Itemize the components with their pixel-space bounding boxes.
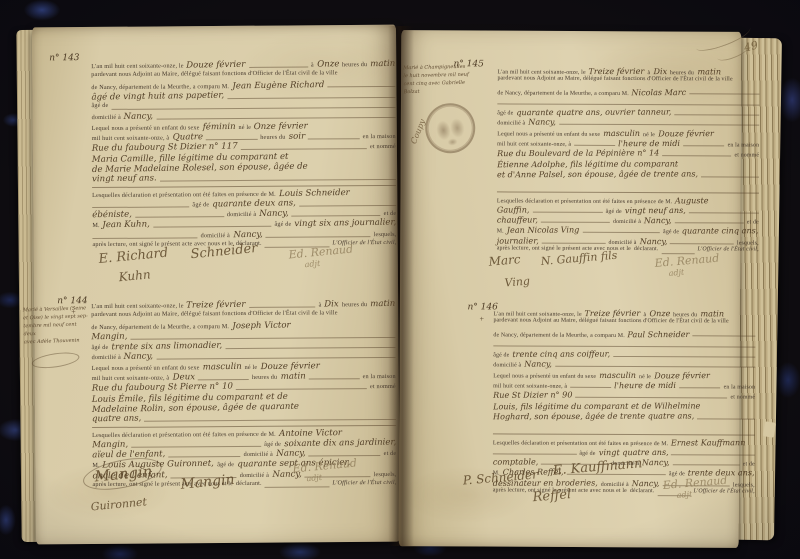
handwritten-text: Onze février bbox=[254, 121, 308, 132]
handwritten-text: Étienne Adolphe, fils légitime du compar… bbox=[497, 158, 678, 169]
handwritten-text: Charles Reffel, bbox=[503, 467, 564, 477]
printed-text: et de bbox=[384, 450, 397, 457]
printed-text: mil huit cent soixante-onze, à bbox=[92, 375, 170, 383]
handwritten-text: matin bbox=[280, 372, 305, 382]
handwritten-text: Nancy, bbox=[524, 359, 552, 369]
act-body: L'an mil huit cent soixante-onze, leTrei… bbox=[493, 307, 756, 498]
handwritten-text: matin bbox=[697, 66, 721, 76]
printed-text: domicilié à bbox=[611, 461, 639, 467]
handwritten-text: Nancy, bbox=[124, 352, 154, 362]
handwritten-text: Mangin, bbox=[91, 332, 127, 343]
signature: Guironnet bbox=[90, 495, 147, 513]
ruled-blank bbox=[493, 452, 577, 454]
handwritten-text: masculin bbox=[599, 370, 636, 380]
ruled-blank bbox=[144, 418, 396, 422]
printed-text: déclarant. bbox=[236, 480, 262, 487]
form-line: M.Charles Reffel,âgé detrente deux ans, bbox=[493, 467, 755, 478]
handwritten-text: masculin bbox=[202, 362, 241, 373]
printed-text: à bbox=[311, 62, 314, 69]
act-number: n° 143 bbox=[49, 53, 79, 63]
ruled-blank bbox=[227, 96, 395, 99]
handwritten-text: masculin bbox=[603, 128, 640, 138]
printed-text: pardevant nous Adjoint au Maire, délégué… bbox=[497, 76, 732, 83]
ruled-blank bbox=[249, 65, 308, 67]
ruled-blank bbox=[541, 221, 610, 223]
ruled-blank bbox=[693, 335, 756, 337]
handwritten-text: Douze février bbox=[658, 128, 714, 138]
handwritten-text: l'heure de midi bbox=[614, 380, 676, 390]
handwritten-text: oncle de l'enfant, bbox=[92, 470, 167, 481]
printed-text: âgé de bbox=[274, 221, 291, 228]
ruled-blank bbox=[555, 365, 755, 368]
printed-text: Lequel nous a présenté un enfant du sexe bbox=[92, 124, 200, 132]
handwritten-text: Douze février bbox=[260, 361, 319, 372]
act-body: L'an mil huit cent soixante-onze, leTrei… bbox=[497, 65, 760, 256]
printed-text: et nommé bbox=[731, 395, 756, 401]
printed-text: après lecture, ont signé le présent acte… bbox=[493, 487, 627, 494]
ruled-blank bbox=[570, 386, 611, 388]
handwritten-text: âgé de vingt huit ans papetier, bbox=[91, 90, 224, 102]
ruled-blank bbox=[662, 154, 731, 156]
handwritten-text: Joseph Victor bbox=[232, 320, 290, 331]
handwritten-text: Gauffin, bbox=[497, 204, 530, 214]
printed-text: en la maison bbox=[728, 143, 760, 149]
ruled-blank bbox=[156, 116, 395, 120]
ruled-blank bbox=[292, 214, 381, 217]
printed-text: domicilié à bbox=[608, 240, 636, 246]
printed-text: Lesquelles déclaration et présentation o… bbox=[92, 190, 276, 198]
form-line bbox=[497, 179, 759, 190]
cross-mark: + bbox=[479, 314, 484, 323]
handwritten-text: Hoghard, son épouse, âgée de trente quat… bbox=[493, 410, 694, 421]
handwritten-text: dessinateur en broderies, bbox=[493, 477, 598, 487]
ruled-blank bbox=[559, 123, 759, 126]
form-line: après lecture, ont signé le présent acte… bbox=[493, 487, 755, 498]
ruled-blank bbox=[153, 225, 271, 228]
printed-text: âgé de bbox=[91, 344, 108, 351]
handwritten-text: Douze février bbox=[187, 60, 246, 71]
ruled-blank bbox=[541, 463, 608, 465]
form-line: quatre ans, bbox=[92, 412, 396, 424]
handwritten-text: Mangin, bbox=[92, 440, 128, 451]
printed-text: mil huit cent soixante-onze, à bbox=[92, 135, 170, 143]
handwritten-text: Treize février bbox=[585, 308, 641, 318]
printed-text: M. bbox=[92, 462, 99, 469]
ruled-blank bbox=[532, 210, 602, 212]
ruled-blank bbox=[236, 387, 367, 390]
form-line: Lequel nous a présenté un enfant du sexe… bbox=[493, 369, 755, 380]
ruled-blank bbox=[661, 252, 694, 254]
printed-text: domicilié à bbox=[493, 363, 521, 369]
handwritten-text: quarante cinq ans, bbox=[682, 226, 759, 236]
printed-text: âgé de bbox=[663, 230, 679, 236]
printed-text: domicilié à bbox=[201, 232, 230, 239]
printed-text: et nommé bbox=[370, 143, 396, 150]
form-line: de Nancy, département de la Meurthe, a c… bbox=[493, 328, 755, 339]
handwritten-text: Nancy, bbox=[639, 236, 667, 246]
printed-text: domicilié à bbox=[497, 121, 525, 127]
act-body: L'an mil huit cent soixante-onze, leDouz… bbox=[91, 59, 396, 251]
printed-text: en la maison bbox=[363, 373, 396, 380]
ruled-blank bbox=[111, 106, 395, 110]
ruled-blank bbox=[542, 241, 606, 243]
handwritten-text: matin bbox=[370, 299, 395, 309]
handwritten-text: vingt neuf ans. bbox=[92, 174, 157, 185]
printed-text: heures du bbox=[252, 374, 277, 381]
handwritten-text: Antoine Victor bbox=[279, 428, 342, 439]
act-body: L'an mil huit cent soixante-onze, leTrei… bbox=[91, 299, 396, 491]
printed-text: L'Officier de l'État civil, bbox=[332, 479, 396, 486]
form-line: domicilié àNancy, bbox=[493, 359, 755, 370]
printed-text: lesquels, bbox=[733, 482, 755, 488]
printed-text: de Nancy, département de la Meurthe, a c… bbox=[91, 323, 229, 331]
printed-text: et nommé bbox=[735, 153, 760, 159]
handwritten-text: Dix bbox=[324, 299, 339, 309]
printed-text: né le bbox=[245, 364, 258, 371]
birth-act-143: n° 143 L'an mil huit cent soixante-onze,… bbox=[91, 59, 397, 293]
ruled-blank bbox=[679, 386, 720, 388]
printed-text: domicilié à bbox=[227, 211, 256, 218]
ruled-blank bbox=[675, 113, 760, 115]
handwritten-text: Louis, fils légitime du comparant et de … bbox=[493, 400, 700, 411]
ruled-blank bbox=[304, 475, 370, 477]
handwritten-text: trente six ans limonadier, bbox=[111, 341, 222, 353]
ruled-blank bbox=[657, 494, 690, 496]
ruled-blank bbox=[160, 178, 396, 182]
ruled-blank bbox=[206, 138, 258, 140]
form-line: de Nancy, département de la Meurthe, a c… bbox=[497, 86, 759, 97]
handwritten-text: Nancy, bbox=[124, 112, 154, 122]
printed-text: pardevant nous Adjoint au Maire, délégué… bbox=[91, 310, 337, 319]
handwritten-text: Nancy, bbox=[528, 117, 556, 127]
paper-chip bbox=[763, 421, 776, 438]
printed-text: né le bbox=[643, 132, 655, 138]
handwritten-text: vingt quatre ans, bbox=[598, 447, 668, 457]
printed-text: domicilié à bbox=[92, 354, 121, 361]
handwritten-text: trente deux ans, bbox=[688, 468, 755, 478]
form-line: et d'Anne Palsel, son épouse, âgée de tr… bbox=[497, 168, 759, 179]
handwritten-text: ébéniste, bbox=[92, 210, 132, 221]
printed-text: âgé de bbox=[497, 111, 513, 117]
signature: Kuhn bbox=[118, 267, 151, 284]
handwritten-text: soixante dix ans jardinier, bbox=[284, 437, 396, 449]
printed-text: âgé de bbox=[669, 472, 685, 478]
printed-text: pardevant nous Adjoint au Maire, délégué… bbox=[493, 318, 728, 325]
ruled-blank bbox=[493, 344, 755, 347]
printed-text: âgé de bbox=[192, 201, 209, 208]
handwritten-text: Nancy, bbox=[642, 457, 670, 467]
printed-text: déclarant. bbox=[236, 240, 262, 247]
printed-text: L'Officier de l'État civil, bbox=[697, 246, 758, 252]
printed-text: à bbox=[319, 301, 322, 308]
ruled-blank bbox=[574, 144, 615, 146]
printed-text: lesquels, bbox=[374, 231, 397, 238]
signature: Ving bbox=[504, 274, 530, 289]
handwritten-text: féminin bbox=[202, 122, 235, 133]
form-line: vingt neuf ans. bbox=[92, 172, 396, 184]
handwritten-text: chauffeur, bbox=[497, 215, 538, 225]
handwritten-text: Auguste bbox=[675, 195, 709, 205]
act-number: n° 146 bbox=[467, 302, 497, 312]
printed-text: en la maison bbox=[363, 133, 396, 140]
printed-text: âgé de bbox=[493, 353, 509, 359]
handwritten-text: Paul Schneider bbox=[628, 329, 690, 339]
ruled-blank bbox=[673, 463, 740, 465]
printed-text: de Nancy, département de la Meurthe, a c… bbox=[493, 332, 624, 339]
form-line: Rue St Dizier n° 90et nommé bbox=[493, 390, 755, 401]
ruled-blank bbox=[156, 356, 395, 360]
printed-text: lesquels, bbox=[374, 471, 397, 478]
form-line: après lecture, ont signé le présent acte… bbox=[497, 245, 759, 256]
handwritten-text: Dix bbox=[653, 66, 667, 76]
ruled-blank bbox=[168, 455, 240, 458]
form-line: Lesquelles déclaration et présentation o… bbox=[497, 191, 759, 205]
form-line: Hoghard, son épouse, âgée de trente quat… bbox=[493, 410, 755, 421]
ruled-blank bbox=[575, 396, 727, 399]
form-line bbox=[493, 421, 755, 432]
printed-text: L'Officier de l'État civil, bbox=[332, 239, 396, 246]
handwritten-text: Jean Eugène Richard bbox=[232, 80, 324, 91]
ruled-blank bbox=[265, 485, 330, 487]
printed-text: en la maison bbox=[724, 385, 756, 391]
ruled-blank bbox=[497, 102, 759, 105]
handwritten-text: Nancy, bbox=[632, 478, 660, 488]
form-line: domicilié àNancy, bbox=[497, 117, 759, 128]
ruled-blank bbox=[567, 473, 666, 475]
handwritten-text: soir bbox=[288, 132, 305, 142]
printed-text: né le bbox=[639, 374, 651, 380]
printed-text: lesquels, bbox=[737, 240, 759, 246]
printed-text: âgé de bbox=[91, 102, 108, 109]
printed-text: heures du bbox=[342, 301, 367, 308]
handwritten-text: matin bbox=[700, 308, 724, 318]
officer-signature: adjt bbox=[304, 259, 320, 269]
handwritten-text: Douze février bbox=[654, 370, 710, 380]
handwritten-text: matin bbox=[370, 59, 395, 69]
ruled-blank bbox=[135, 215, 224, 218]
printed-text: âgé de bbox=[579, 451, 595, 457]
handwritten-text: Nancy, bbox=[644, 215, 672, 225]
ruled-blank bbox=[689, 211, 759, 213]
printed-text: après lecture, ont signé le présent acte… bbox=[92, 480, 233, 488]
printed-text: âgé de bbox=[264, 441, 281, 448]
handwritten-text: Jean Kuhn, bbox=[103, 220, 151, 231]
handwritten-text: Ernest Kauffmann bbox=[671, 437, 746, 447]
printed-text: L'an mil huit cent soixante-onze, le bbox=[91, 302, 183, 310]
handwritten-text: Rue du Boulevard de la Pépinière n° 14 bbox=[497, 148, 659, 159]
printed-text: déclarant. bbox=[630, 488, 655, 494]
ruled-blank bbox=[683, 144, 724, 146]
printed-text: de Nancy, département de la Meurthe, a c… bbox=[497, 90, 628, 97]
handwritten-text: Nancy, bbox=[276, 449, 306, 459]
handwritten-text: Treize février bbox=[589, 66, 645, 76]
ruled-blank bbox=[241, 147, 367, 150]
printed-text: heures du bbox=[342, 61, 367, 68]
printed-text: M. bbox=[92, 222, 99, 229]
ruled-blank bbox=[675, 221, 744, 223]
ruled-blank bbox=[663, 484, 730, 486]
ruled-blank bbox=[690, 93, 760, 95]
ruled-blank bbox=[130, 336, 395, 340]
ruled-blank bbox=[670, 242, 734, 244]
printed-text: domicilié à bbox=[244, 451, 273, 458]
ruled-blank bbox=[308, 377, 359, 379]
handwritten-text: journalier, bbox=[497, 235, 539, 245]
handwritten-text: Nancy, bbox=[272, 469, 302, 479]
ruled-blank bbox=[249, 305, 316, 307]
form-line: journalier,domicilié àNancy,lesquels, bbox=[497, 235, 759, 246]
margin-note: Marié à Champigneullesle huit novembre m… bbox=[403, 62, 494, 96]
ruled-blank bbox=[308, 454, 380, 457]
ruled-blank bbox=[671, 453, 755, 455]
birth-act-144: n° 144 + Marié à Versailles (Seineet Ois… bbox=[91, 299, 397, 533]
printed-text: Lesquelles déclaration et présentation o… bbox=[493, 440, 668, 447]
ruled-blank bbox=[171, 476, 237, 478]
printed-text: Lequel nous a présenté un enfant du sexe bbox=[497, 131, 600, 137]
printed-text: déclarant. bbox=[634, 246, 659, 252]
printed-text: Lequel nous a présenté un enfant du sexe bbox=[92, 364, 200, 372]
handwritten-text: Louis Schneider bbox=[279, 188, 350, 199]
printed-text: après lecture, ont signé le présent acte… bbox=[497, 245, 631, 252]
printed-text: Lesquelles déclaration et présentation o… bbox=[92, 430, 276, 438]
ruled-blank bbox=[308, 137, 360, 139]
ruled-blank bbox=[697, 417, 755, 419]
printed-text: domicilié à bbox=[240, 472, 269, 479]
printed-text: né le bbox=[239, 124, 252, 131]
handwritten-text: Rue St Dizier n° 90 bbox=[493, 390, 572, 400]
form-line: après lecture, ont signé le présent acte… bbox=[92, 239, 396, 251]
printed-text: âgé de bbox=[217, 462, 234, 469]
ruled-blank bbox=[327, 85, 395, 87]
printed-text: de Nancy, département de la Meurthe, a c… bbox=[91, 83, 229, 91]
printed-text: Lequel nous a présenté un enfant du sexe bbox=[493, 373, 596, 379]
handwritten-text: Onze bbox=[649, 308, 670, 318]
printed-text: domicilié à bbox=[601, 482, 629, 488]
printed-text: domicilié à bbox=[613, 219, 641, 225]
ruled-blank bbox=[613, 355, 755, 358]
handwritten-text: Onze bbox=[317, 59, 339, 69]
officer-signature: adjt bbox=[668, 268, 684, 278]
ruled-blank bbox=[92, 236, 197, 239]
handwritten-text: Jean Nicolas Ving bbox=[507, 225, 580, 235]
printed-text: domicilié à bbox=[92, 114, 121, 121]
printed-text: pardevant nous Adjoint au Maire, délégué… bbox=[91, 70, 337, 79]
ruled-blank bbox=[701, 175, 759, 177]
form-line: Lesquelles déclaration et présentation o… bbox=[493, 433, 755, 447]
ruled-blank bbox=[198, 378, 249, 380]
form-line: après lecture, ont signé le présent acte… bbox=[92, 479, 396, 491]
ruled-blank bbox=[131, 445, 261, 448]
form-line: dessinateur en broderies,domicilié àNanc… bbox=[493, 477, 755, 488]
printed-text: L'an mil huit cent soixante-onze, le bbox=[91, 62, 183, 70]
printed-text: et nommé bbox=[370, 383, 396, 390]
printed-text: après lecture, ont signé le présent acte… bbox=[92, 240, 233, 248]
ruled-blank bbox=[582, 231, 660, 233]
ruled-blank bbox=[299, 204, 396, 207]
handwritten-text: Nicolas Marc bbox=[632, 87, 687, 97]
handwritten-text: vingt neuf ans, bbox=[625, 205, 686, 215]
printed-text: et de bbox=[384, 210, 397, 217]
form-line: Rue du Boulevard de la Pépinière n° 14et… bbox=[497, 148, 759, 159]
handwritten-text: comptable, bbox=[493, 457, 539, 467]
printed-text: âgé de bbox=[606, 209, 622, 215]
ruled-blank bbox=[265, 235, 370, 238]
handwritten-text: trente cinq ans coiffeur, bbox=[512, 349, 610, 359]
printed-text: M. bbox=[497, 229, 504, 235]
ruled-blank bbox=[225, 346, 395, 349]
handwritten-text: Treize février bbox=[187, 300, 246, 311]
ruled-blank bbox=[92, 205, 189, 208]
ruled-blank bbox=[265, 245, 330, 247]
printed-text: heures du bbox=[260, 134, 285, 141]
birth-act-145: n° 145 Marié à Champigneullesle huit nov… bbox=[496, 65, 759, 298]
handwritten-text: et d'Anne Palsel, son épouse, âgée de tr… bbox=[497, 168, 698, 179]
handwritten-text: quatre ans, bbox=[92, 414, 141, 425]
handwritten-text: Nancy, bbox=[259, 209, 289, 219]
form-line: Lequel nous a présenté un enfant du sexe… bbox=[497, 127, 759, 138]
handwritten-text: Nancy, bbox=[233, 229, 263, 239]
birth-act-146: n° 146 + L'an mil huit cent soixante-onz… bbox=[492, 307, 755, 540]
printed-text: M. bbox=[493, 471, 500, 477]
register-photo: 49 n° 143 L'an mil huit cent soixante-on… bbox=[0, 0, 800, 559]
printed-text: L'Officier de l'État civil, bbox=[693, 488, 754, 494]
margin-note: Marié à Versailles (Seineet Oise) le vin… bbox=[23, 304, 90, 346]
